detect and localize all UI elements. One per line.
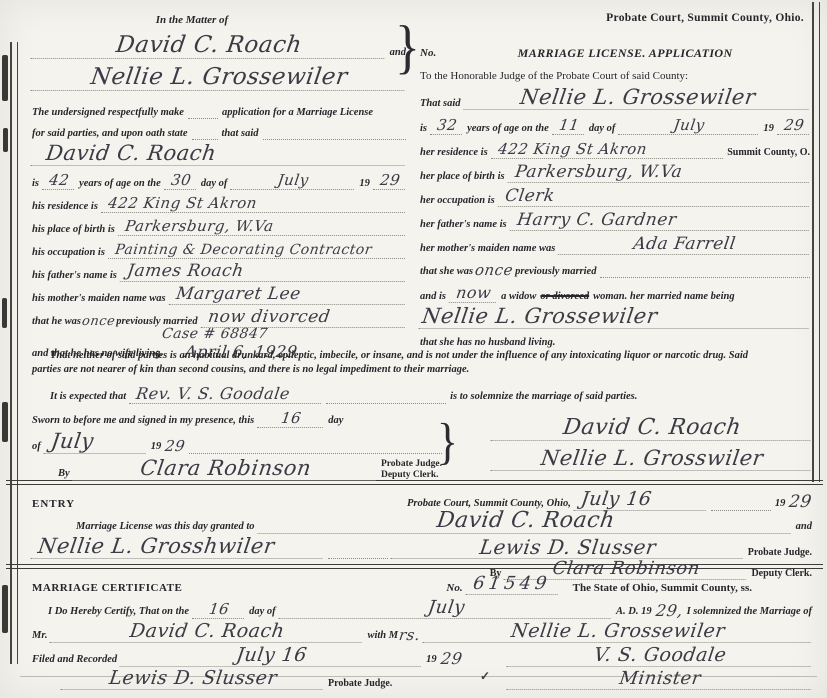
bride-widow-label-b: a widow [501,291,536,304]
left-margin-rule [10,42,18,664]
bride-name-field: Nellie L. Grossewiler [463,87,812,110]
entry-grantee1-value: David C. Roach [257,510,794,534]
groom-year-prefix: 19 [359,178,370,191]
check-icon: ✓ [462,669,508,684]
groom-father-value: James Roach [120,263,408,282]
groom-birth-label: his place of birth is [32,224,115,237]
certificate-with-label: with M [367,630,398,643]
certificate-bottom: Filed and Recorded July 16 19 29 Lewis D… [32,643,812,690]
entry-year-value: 29 [788,494,813,511]
certify-label-a: I Do Hereby Certify, That on the [48,606,189,619]
brace-icon: } [395,18,420,78]
bride-residence-value: 422 King St Akron [490,142,724,159]
groom-residence-label: his residence is [32,201,98,214]
certify-label-b: I solemnized the Marriage of [687,606,812,619]
signatures-block: David C. Roach Nellie L. Grosswiler [442,408,812,481]
right-margin-rule [812,2,820,482]
bride-widow-label-c: woman. her married name being [593,291,734,304]
expected-label-b: is to solemnize the marriage of said par… [450,391,637,404]
sworn-day-value: 16 [257,411,325,428]
groom-prev-times: once [81,315,116,328]
blank-line [326,401,446,404]
blank-line [189,451,442,454]
groom-month-value: July [230,173,356,190]
intro-line1b: application for a Marriage License [222,107,373,120]
certificate-mr-label: Mr. [32,630,47,643]
intro-line1a: The undersigned respectfully make [32,107,184,120]
sworn-year-prefix: 19 [151,441,162,454]
form-title: MARRIAGE LICENSE. APPLICATION [440,46,810,60]
bride-thatsaid-label: That said [420,98,461,111]
bride-prev-label-a: that she was [420,266,473,279]
groom-dayof-label: day of [201,178,228,191]
groom-father-label: his father's name is [32,270,117,283]
blank-line [188,116,218,119]
bride-birthplace-value: Parkersburg, W.Va [507,164,811,183]
certificate-judge-signature: Lewis D. Slusser [61,669,326,690]
expected-label-a: It is expected that [50,391,126,404]
probate-judge-label: Probate Judge. [381,459,442,470]
scan-artifact [2,298,7,328]
certificate-no-label: No. [446,582,462,595]
entry-heading: ENTRY [32,498,75,511]
to-judge-line: To the Honorable Judge of the Probate Co… [420,70,810,83]
bride-is-label: is [420,123,427,136]
clerk-signature: Clara Robinson [72,458,379,481]
entry-and-label: and [796,521,812,534]
sworn-day-label: day [328,415,343,428]
sworn-label-a: Sworn to before me and signed in my pres… [32,415,254,428]
filed-block: Filed and Recorded July 16 19 29 Lewis D… [32,643,462,690]
filed-year-prefix: 19 [426,654,437,667]
groom-case-note: Case # 68847 [161,327,269,341]
groom-occupation-value: Painting & Decorating Contractor [108,243,407,259]
minister-label-value: Minister [507,670,814,690]
bride-age-label: years of age on the [467,123,549,136]
blank-line [263,137,406,140]
party2-name: Nellie L. Grossewiler [30,66,408,91]
sworn-year-value: 29 [164,439,186,454]
certificate-bride-value: Nellie L. Grossewiler [423,622,814,643]
court-header: Probate Court, Summit County, Ohio. [420,12,810,24]
bride-mother-label: her mother's maiden name was [420,243,555,256]
groom-mother-value: Margaret Lee [168,286,407,305]
bride-father-value: Harry C. Gardner [509,212,811,231]
scan-artifact [2,55,8,101]
application-right-column: Probate Court, Summit County, Ohio. No. … [420,12,810,350]
bride-signature: Nellie L. Grosswiler [490,448,813,471]
matter-block: In the Matter of David C. Roach and Nell… [32,14,406,91]
blank-line [328,556,388,559]
filed-year-value: 29 [440,651,464,667]
bride-dayof-label: day of [589,123,616,136]
entry-judge-label: Probate Judge. [748,547,812,559]
intro-line2a: for said parties, and upon oath state [32,128,188,141]
blank-line [192,137,218,140]
entry-granted-label: Marriage License was this day granted to [76,521,255,534]
scan-artifact [2,585,8,633]
sworn-month-value: July [43,431,148,454]
bride-widow-struck: or divorced [540,291,589,304]
matter-heading: In the Matter of [92,14,292,27]
bride-birth-label: her place of birth is [420,171,505,184]
groom-signature: David C. Roach [490,417,813,441]
bride-day-value: 11 [552,118,586,135]
filed-label: Filed and Recorded [32,654,117,667]
certificate-dayof-label: day of [249,606,276,619]
bride-prev-times: once [474,263,514,278]
minister-signature: V. S. Goodale [507,646,814,667]
deputy-clerk-label: Deputy Clerk. [381,470,439,481]
certificate-section: MARRIAGE CERTIFICATE No. 61549 The State… [32,574,812,690]
bride-prev-label-b: previously married [515,266,596,279]
intro-line2b: that said [222,128,259,141]
sworn-block: Sworn to before me and signed in my pres… [32,408,442,481]
filed-date-value: July 16 [120,646,424,667]
entry-section: ENTRY Probate Court, Summit County, Ohio… [32,490,812,580]
sworn-of-label: of [32,441,41,454]
bride-widow-label-a: and is [420,291,446,304]
groom-name-field: David C. Roach [30,143,407,166]
bride-year-prefix: 19 [763,123,774,136]
groom-is-label: is [32,178,39,191]
certificate-year-value: 29, [655,603,684,619]
groom-age-label: years of age on the [79,178,161,191]
groom-day-value: 30 [164,173,198,190]
bride-month-value: July [618,118,760,135]
certificate-heading: MARRIAGE CERTIFICATE [32,582,182,595]
bride-widow-now: now [449,285,499,303]
bride-occupation-label: her occupation is [420,195,495,208]
affidavit-para2: parties are not nearer of kin than secon… [32,363,812,377]
groom-year-value: 29 [373,173,407,190]
certificate-month-value: July [278,599,613,619]
affidavit-para1: That neither of said parties is an habit… [32,349,812,363]
certificate-judge-label: Probate Judge. [328,678,392,690]
bride-age-value: 32 [430,118,464,135]
certificate-state-label: The State of Ohio, Summit County, ss. [573,582,752,595]
scanned-marriage-license-document: In the Matter of David C. Roach and Nell… [0,0,827,698]
expected-minister-value: Rev. V. S. Goodale [129,386,324,404]
groom-birthplace-value: Parkersburg, W.Va [118,219,408,236]
affidavit-section: That neither of said parties is an habit… [32,349,812,481]
minister-block: V. S. Goodale Minister [508,643,812,690]
certificate-no-value: 61549 [465,575,560,595]
bride-residence-suffix: Summit County, O. [727,147,810,159]
groom-prev-label-a: that he was [32,316,81,329]
bride-occupation-value: Clerk [497,188,811,207]
check-block: ✓ [462,643,508,690]
certificate-day-value: 16 [192,602,246,619]
certificate-ad-label: A. D. 19 [616,606,652,619]
entry-grantee2-value: Nellie L. Grosshwiler [30,536,325,559]
sworn-by-label: By [58,468,70,481]
bride-residence-label: her residence is [420,147,488,160]
groom-age-value: 42 [42,173,76,190]
scan-artifact [2,402,8,442]
certificate-groom-value: David C. Roach [50,622,365,643]
groom-occupation-label: his occupation is [32,247,105,260]
bride-nohusband-label: that she has no husband living. [420,337,810,350]
brace-icon: } [437,417,458,468]
judge-clerk-labels: Probate Judge. Deputy Clerk. [381,459,442,481]
groom-residence-value: 422 King St Akron [101,196,407,213]
sworn-and-signatures: Sworn to before me and signed in my pres… [32,408,812,481]
bride-year-value: 29 [777,118,811,135]
bride-married-name-value: Nellie L. Grossewiler [418,306,811,329]
scan-artifact [3,128,8,152]
certificate-rs-hw: rs. [398,628,421,643]
entry-judge-signature: Lewis D. Slusser [390,537,745,559]
application-left-column: In the Matter of David C. Roach and Nell… [32,14,406,360]
groom-mother-label: his mother's maiden name was [32,293,166,306]
application-no-label: No. [420,47,436,60]
party1-name: David C. Roach [30,34,387,59]
blank-line [600,275,810,278]
bride-father-label: her father's name is [420,219,507,232]
bride-mother-value: Ada Farrell [558,236,811,255]
